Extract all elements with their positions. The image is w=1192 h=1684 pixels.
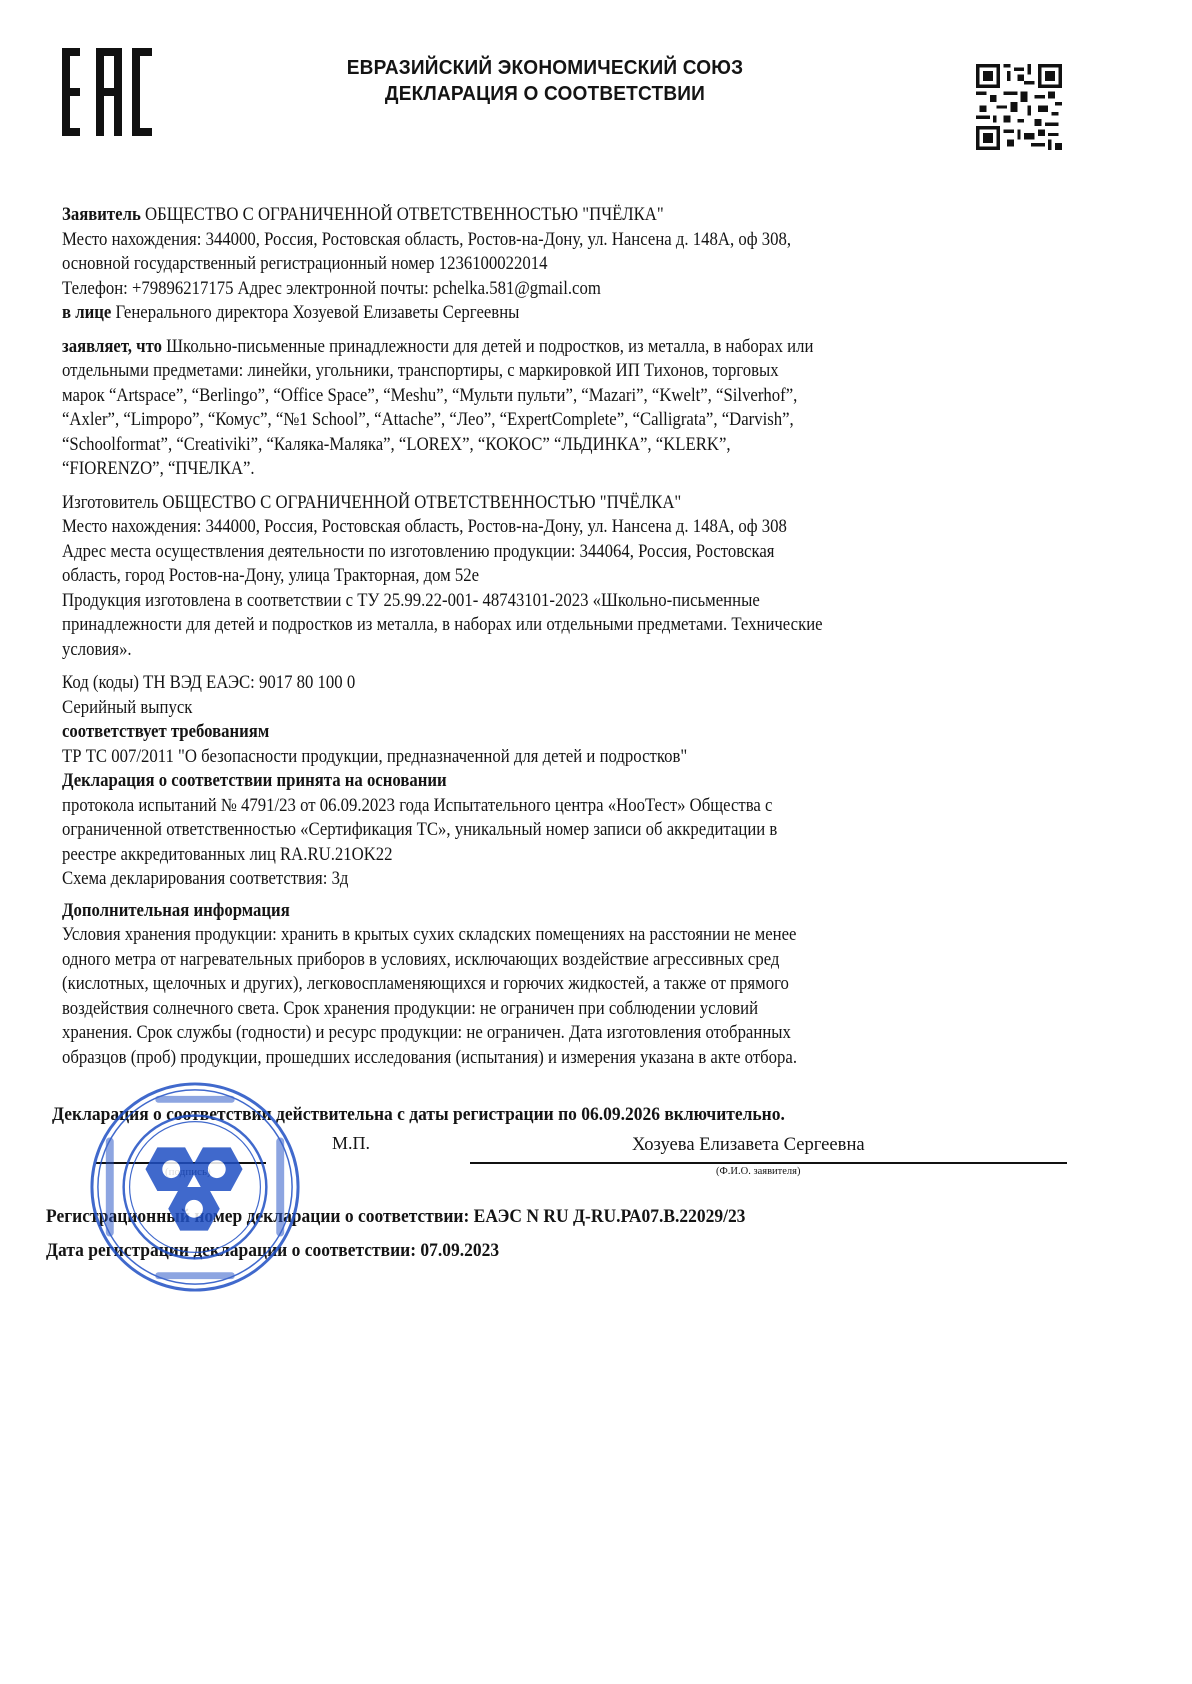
applicant-address: Место нахождения: 344000, Россия, Ростов… — [62, 228, 971, 253]
declares-line: “Axler”, “Limpopo”, “Комус”, “№1 School”… — [62, 408, 971, 433]
basis-line: протокола испытаний № 4791/23 от 06.09.2… — [62, 794, 971, 819]
regulation: ТР ТС 007/2011 "О безопасности продукции… — [62, 745, 971, 770]
eac-mark-icon — [60, 46, 156, 138]
applicant-ogrn: основной государственный регистрационный… — [62, 252, 971, 277]
applicant-section: Заявитель ОБЩЕСТВО С ОГРАНИЧЕННОЙ ОТВЕТС… — [62, 203, 1072, 326]
additional-line: воздействия солнечного света. Срок хране… — [62, 997, 971, 1022]
company-seal-icon — [86, 1078, 304, 1296]
name-caption: (Ф.И.О. заявителя) — [716, 1166, 801, 1177]
declares-line: “FIORENZO”, “ПЧЕЛКА”. — [62, 457, 971, 482]
manufacturer-name: ОБЩЕСТВО С ОГРАНИЧЕННОЙ ОТВЕТСТВЕННОСТЬЮ… — [158, 492, 681, 513]
manufacturer-address: Место нахождения: 344000, Россия, Ростов… — [62, 515, 971, 540]
seal-label: М.П. — [332, 1133, 370, 1154]
spec-line: принадлежности для детей и подростков из… — [62, 613, 971, 638]
conformity-heading: соответствует требованиям — [62, 720, 971, 745]
production-address: Адрес места осуществления деятельности п… — [62, 540, 971, 565]
declares-line: марок “Artspace”, “Berlingo”, “Office Sp… — [62, 384, 971, 409]
additional-line: одного метра от нагревательных приборов … — [62, 948, 971, 973]
additional-line: хранения. Срок службы (годности) и ресур… — [62, 1021, 971, 1046]
applicant-name: ОБЩЕСТВО С ОГРАНИЧЕННОЙ ОТВЕТСТВЕННОСТЬЮ… — [141, 204, 664, 225]
manufacturer-section: Изготовитель ОБЩЕСТВО С ОГРАНИЧЕННОЙ ОТВ… — [62, 491, 1072, 663]
applicant-contacts: Телефон: +79896217175 Адрес электронной … — [62, 277, 971, 302]
declares-section: заявляет, что Школьно-письменные принадл… — [62, 335, 1072, 482]
union-title: ЕВРАЗИЙСКИЙ ЭКОНОМИЧЕСКИЙ СОЮЗ — [280, 55, 810, 81]
product-section: Код (коды) ТН ВЭД ЕАЭС: 9017 80 100 0 Се… — [62, 671, 1072, 892]
applicant-full-name: Хозуева Елизавета Сергеевна — [632, 1134, 865, 1156]
declares-line: “Schoolformat”, “Creativiki”, “Каляка-Ма… — [62, 433, 971, 458]
manufacturer-label: Изготовитель — [62, 492, 158, 513]
basis-heading: Декларация о соответствии принята на осн… — [62, 769, 971, 794]
name-line — [470, 1162, 1067, 1164]
applicant-label: Заявитель — [62, 204, 141, 225]
additional-line: (кислотных, щелочных и других), легковос… — [62, 972, 971, 997]
spec-line: Продукция изготовлена в соответствии с Т… — [62, 589, 971, 614]
additional-heading: Дополнительная информация — [62, 899, 971, 924]
declaration-body: Заявитель ОБЩЕСТВО С ОГРАНИЧЕННОЙ ОТВЕТС… — [62, 203, 1072, 1070]
release-type: Серийный выпуск — [62, 696, 971, 721]
additional-line: образцов (проб) продукции, прошедших исс… — [62, 1046, 971, 1071]
eac-logo — [60, 46, 156, 138]
tn-ved-code: Код (коды) ТН ВЭД ЕАЭС: 9017 80 100 0 — [62, 671, 971, 696]
document-title: ДЕКЛАРАЦИЯ О СООТВЕТСТВИИ — [280, 81, 810, 107]
production-address: область, город Ростов-на-Дону, улица Тра… — [62, 564, 971, 589]
qr-code-icon — [976, 62, 1062, 152]
basis-line: ограниченной ответственностью «Сертифика… — [62, 818, 971, 843]
spec-line: условия». — [62, 638, 971, 663]
basis-line: реестре аккредитованных лиц RA.RU.21OK22 — [62, 843, 971, 868]
additional-line: Условия хранения продукции: хранить в кр… — [62, 923, 971, 948]
declares-line: отдельными предметами: линейки, угольник… — [62, 359, 971, 384]
representative-name: Генерального директора Хозуевой Елизавет… — [111, 302, 519, 323]
document-header: ЕВРАЗИЙСКИЙ ЭКОНОМИЧЕСКИЙ СОЮЗ ДЕКЛАРАЦИ… — [280, 55, 810, 107]
representative-label: в лице — [62, 302, 111, 323]
declares-label: заявляет, что — [62, 336, 162, 357]
declaration-scheme: Схема декларирования соответствия: 3д — [62, 867, 971, 892]
additional-info-section: Дополнительная информация Условия хранен… — [62, 899, 1072, 1071]
declares-line: Школьно-письменные принадлежности для де… — [162, 336, 813, 357]
qr-code[interactable] — [976, 62, 1062, 152]
company-seal — [86, 1078, 304, 1296]
